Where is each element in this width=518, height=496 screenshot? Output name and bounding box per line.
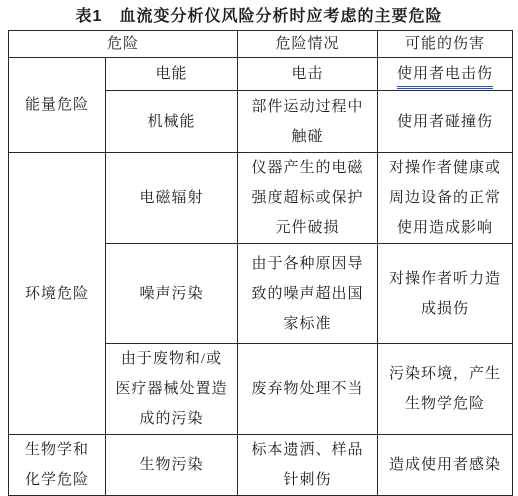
situation-waste: 废弃物处理不当 [238, 344, 378, 435]
hazard-group-environment: 环境危险 [9, 153, 106, 435]
hazard-group-energy: 能量危险 [9, 58, 106, 153]
table-header-row: 危险 危险情况 可能的伤害 [9, 31, 513, 58]
col-header-harm: 可能的伤害 [378, 31, 513, 58]
hazard-sub-bio: 生物污染 [106, 435, 238, 496]
hazard-sub-waste: 由于废物和/或医疗器械处置造成的污染 [106, 344, 238, 435]
hazard-sub-emi: 电磁辐射 [106, 153, 238, 244]
harm-hearing: 对操作者听力造成损伤 [378, 244, 513, 344]
harm-infection: 造成使用者感染 [378, 435, 513, 496]
document-page: 表1 血流变分析仪风险分析时应考虑的主要危险 危险 危险情况 可能的伤害 能量危… [0, 0, 518, 496]
hazard-table: 危险 危险情况 可能的伤害 能量危险 电能 电击 使用者电击伤 机械能 部件运动… [8, 30, 513, 496]
table-row: 环境危险 电磁辐射 仪器产生的电磁强度超标或保护元件破损 对操作者健康或周边设备… [9, 153, 513, 244]
situation-emi: 仪器产生的电磁强度超标或保护元件破损 [238, 153, 378, 244]
col-header-hazard: 危险 [9, 31, 238, 58]
harm-electric-shock-cell: 使用者电击伤 [378, 58, 513, 91]
harm-electric-shock-link[interactable]: 使用者电击伤 [397, 62, 493, 89]
hazard-group-bio-chemical: 生物学和化学危险 [9, 435, 106, 496]
table-row: 生物学和化学危险 生物污染 标本遗洒、样品针刺伤 造成使用者感染 [9, 435, 513, 496]
hazard-sub-electrical: 电能 [106, 58, 238, 91]
harm-collision: 使用者碰撞伤 [378, 91, 513, 153]
table-title: 表1 血流变分析仪风险分析时应考虑的主要危险 [0, 0, 518, 27]
situation-specimen: 标本遗洒、样品针刺伤 [238, 435, 378, 496]
hazard-sub-mechanical: 机械能 [106, 91, 238, 153]
table-row: 能量危险 电能 电击 使用者电击伤 [9, 58, 513, 91]
harm-pollution: 污染环境，产生生物学危险 [378, 344, 513, 435]
situation-electric-shock: 电击 [238, 58, 378, 91]
situation-moving-parts: 部件运动过程中触碰 [238, 91, 378, 153]
situation-noise: 由于各种原因导致的噪声超出国家标准 [238, 244, 378, 344]
hazard-sub-noise: 噪声污染 [106, 244, 238, 344]
harm-emi: 对操作者健康或周边设备的正常使用造成影响 [378, 153, 513, 244]
col-header-situation: 危险情况 [238, 31, 378, 58]
